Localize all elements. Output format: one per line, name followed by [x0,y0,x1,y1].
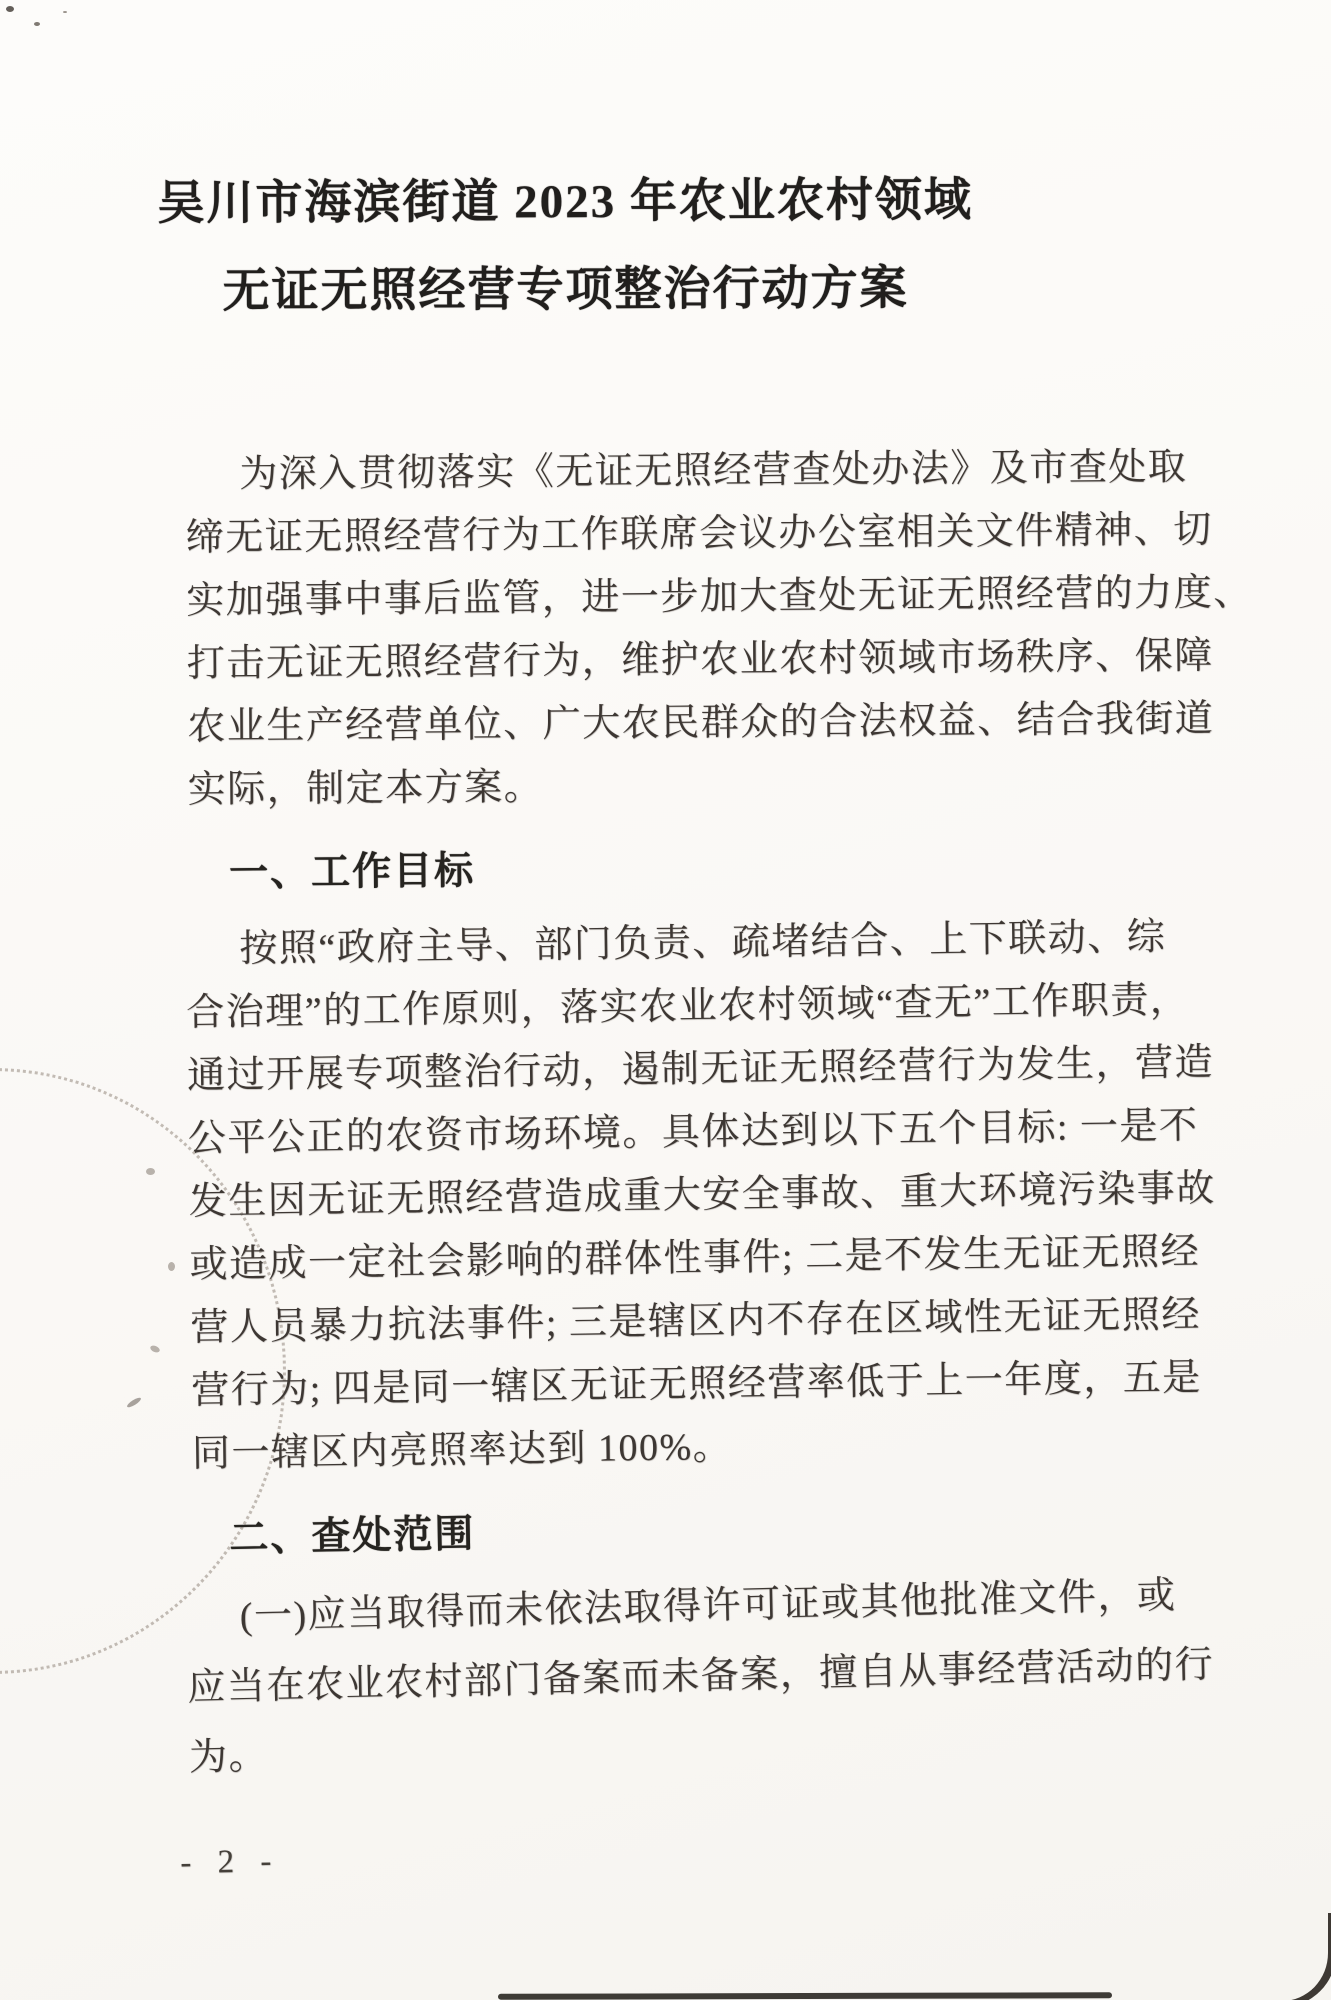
page-number: - 2 - [180,1825,1331,1882]
text-line: 打击无证无照经营行为，维护农业农村领域市场秩序、保障 [186,625,1246,696]
text-line: 实际，制定本方案。 [187,751,1247,822]
paragraph-intro: 为深入贯彻落实《无证无照经营查处办法》及市查处取 缔无证无照经营行为工作联席会议… [185,436,1248,822]
document-title-line-2: 无证无照经营专项整治行动方案 [150,244,980,336]
text-line: 实加强事中事后监管，进一步加大查处无证无照经营的力度、 [186,562,1246,633]
section-heading-work-goals: 一、工作目标 [185,841,1245,897]
text-line: 缔无证无照经营行为工作联席会议办公室相关文件精神、切 [185,499,1245,570]
document-title: 吴川市海滨街道 2023 年农业农村领域 无证无照经营专项整治行动方案 [150,156,981,336]
text-line: 为深入贯彻落实《无证无照经营查处办法》及市查处取 [185,436,1245,507]
scan-edge-strip [498,1992,1112,2000]
section-heading-investigation-scope: 二、查处范围 [185,1496,1246,1563]
paragraph-investigation-scope: (一)应当取得而未依法取得许可证或其他批准文件，或 应当在农业农村部门备案而未备… [185,1559,1249,1793]
text-line: 农业生产经营单位、广大农民群众的合法权益、结合我街道 [187,688,1247,759]
document-content: 吴川市海滨街道 2023 年农业农村领域 无证无照经营专项整治行动方案 为深入贯… [0,0,1331,1882]
document-title-line-1: 吴川市海滨街道 2023 年农业农村领域 [150,156,980,248]
text-line: 同一辖区内亮照率达到 100%。 [192,1409,1253,1486]
paragraph-work-goals: 按照“政府主导、部门负责、疏堵结合、上下联动、综 合治理”的工作原则，落实农业农… [185,905,1252,1486]
scan-corner-shadow [1274,1913,1331,2000]
scanned-document-page: 吴川市海滨街道 2023 年农业农村领域 无证无照经营专项整治行动方案 为深入贯… [0,0,1331,2000]
